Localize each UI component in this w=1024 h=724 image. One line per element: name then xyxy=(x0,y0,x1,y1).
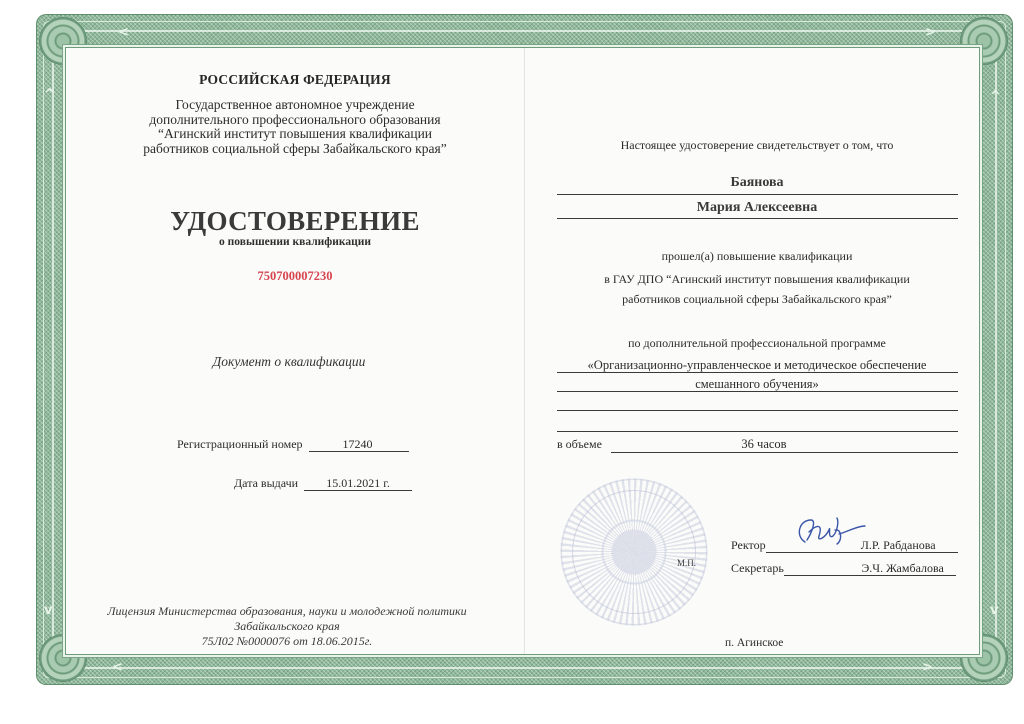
place-of-issue: п. Агинское xyxy=(725,637,783,649)
volume-value: 36 часов xyxy=(610,437,958,452)
training-institution-line: работников социальной сферы Забайкальско… xyxy=(557,289,957,309)
seal-ring xyxy=(572,490,696,614)
institution-line: Государственное автономное учреждение xyxy=(66,98,524,113)
issue-date-field: Дата выдачи 15.01.2021 г. xyxy=(234,476,412,491)
secretary-name: Э.Ч. Жамбалова xyxy=(784,562,956,576)
chevron-right-icon: > xyxy=(925,26,936,39)
license-line: 75Л02 №0000076 от 18.06.2015г. xyxy=(58,634,516,649)
underline xyxy=(557,431,958,432)
institution-line: дополнительного профессионального образо… xyxy=(66,113,524,128)
country-heading: РОССИЙСКАЯ ФЕДЕРАЦИЯ xyxy=(66,72,524,88)
program-name: «Организационно-управленческое и методич… xyxy=(557,356,957,394)
registration-number-label: Регистрационный номер xyxy=(177,437,303,451)
underline xyxy=(557,410,958,411)
document-title: УДОСТОВЕРЕНИЕ xyxy=(66,206,524,237)
passed-text: прошел(а) повышение квалификации xyxy=(557,249,957,264)
training-institution-line: в ГАУ ДПО “Агинский институт повышения к… xyxy=(557,269,957,289)
underline xyxy=(557,194,958,195)
document-subtitle: о повышении квалификации xyxy=(66,236,524,248)
license-line: Лицензия Министерства образования, науки… xyxy=(58,604,516,619)
training-institution: в ГАУ ДПО “Агинский институт повышения к… xyxy=(557,269,957,309)
rector-row: РекторЛ.Р. Рабданова xyxy=(731,538,958,553)
seal-label: М.П. xyxy=(677,558,696,568)
underline xyxy=(557,372,958,373)
underline xyxy=(557,391,958,392)
issuing-institution: Государственное автономное учреждение до… xyxy=(66,98,524,156)
volume-label: в объеме xyxy=(557,437,602,452)
institution-line: “Агинский институт повышения квалификаци… xyxy=(66,127,524,142)
rector-name: Л.Р. Рабданова xyxy=(766,539,958,553)
right-page: Настоящее удостоверение свидетельствует … xyxy=(525,48,979,654)
underline xyxy=(557,218,958,219)
institution-line: работников социальной сферы Забайкальско… xyxy=(66,142,524,157)
chevron-left-icon: < xyxy=(112,661,123,674)
underline xyxy=(611,452,958,453)
holder-given-names: Мария Алексеевна xyxy=(557,200,957,216)
license-line: Забайкальского края xyxy=(58,619,516,634)
left-page: РОССИЙСКАЯ ФЕДЕРАЦИЯ Государственное авт… xyxy=(66,48,524,654)
serial-number: 750700007230 xyxy=(66,269,524,284)
registration-number-field: Регистрационный номер 17240 xyxy=(177,437,409,452)
registration-number-value: 17240 xyxy=(309,438,409,452)
chevron-left-icon: < xyxy=(118,26,129,39)
document-kind: Документ о квалификации xyxy=(60,354,518,370)
chevron-down-icon: v xyxy=(990,604,998,617)
holder-surname: Баянова xyxy=(557,175,957,191)
chevron-up-icon: ^ xyxy=(44,88,55,101)
program-intro: по дополнительной профессиональной прогр… xyxy=(557,336,957,351)
secretary-label: Секретарь xyxy=(731,561,784,575)
issue-date-label: Дата выдачи xyxy=(234,476,298,490)
chevron-up-icon: ^ xyxy=(990,90,1001,103)
license-info: Лицензия Министерства образования, науки… xyxy=(58,604,516,649)
chevron-right-icon: > xyxy=(922,661,933,674)
rector-label: Ректор xyxy=(731,538,766,552)
chevron-down-icon: v xyxy=(44,604,52,617)
issue-date-value: 15.01.2021 г. xyxy=(304,477,412,491)
secretary-row: СекретарьЭ.Ч. Жамбалова xyxy=(731,561,956,576)
certifies-text: Настоящее удостоверение свидетельствует … xyxy=(557,138,957,153)
